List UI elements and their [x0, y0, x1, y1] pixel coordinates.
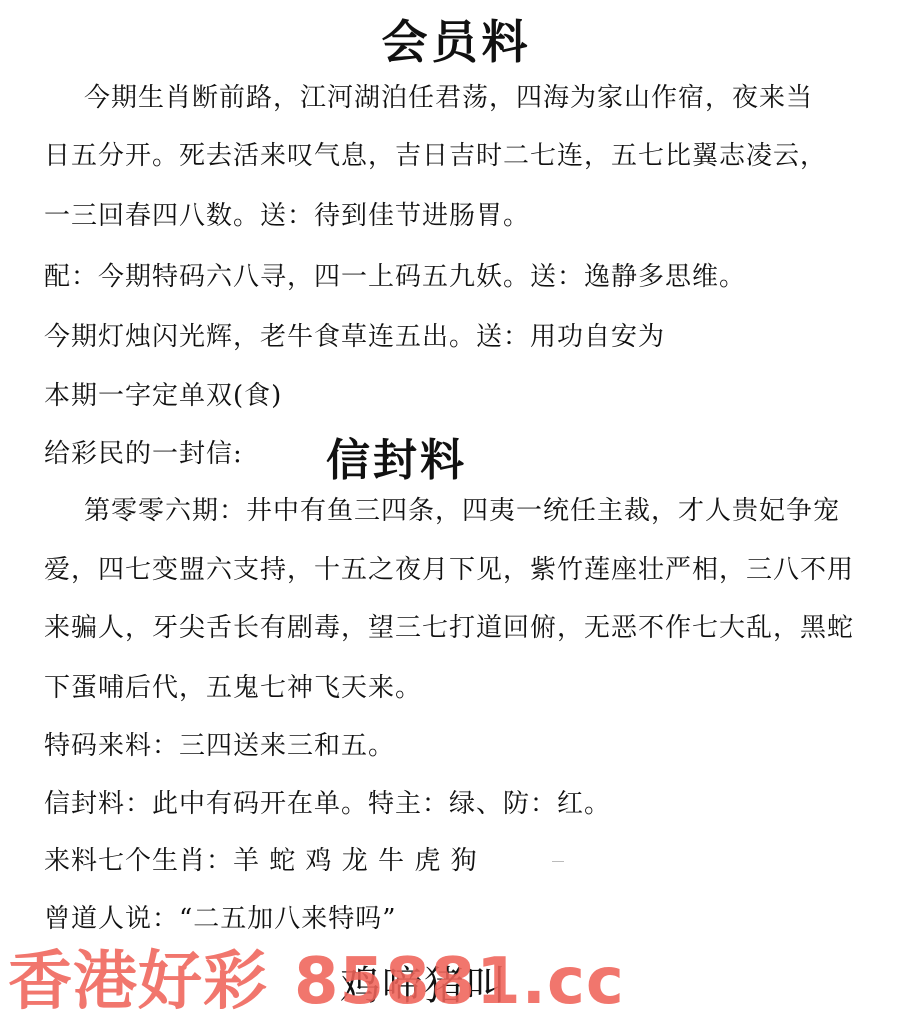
- special-code-line: 特码来料：三四送来三和五。: [44, 730, 395, 762]
- watermark-brand: 香港好彩: [8, 945, 268, 1019]
- dash-mark: [552, 861, 564, 862]
- paragraph-line: 配：今期特码六八寻，四一上码五九妖。送：逸静多思维。: [44, 261, 746, 293]
- watermark-site: 85881.cc: [294, 945, 625, 1019]
- paragraph-line: 今期生肖断前路，江河湖泊任君荡，四海为家山作宿，夜来当: [84, 82, 813, 114]
- watermark: 香港好彩85881.cc: [8, 940, 625, 1024]
- section-paragraph-line: 来骗人，牙尖舌长有剧毒，望三七打道回俯，无恶不作七大乱，黑蛇: [44, 612, 854, 644]
- envelope-line: 信封料：此中有码开在单。特主：绿、防：红。: [44, 788, 611, 820]
- paragraph-line: 一三回春四八数。送：待到佳节进肠胃。: [44, 200, 530, 232]
- letter-label: 给彩民的一封信:: [44, 438, 243, 470]
- zodiac-line: 来料七个生肖：羊 蛇 鸡 龙 牛 虎 狗: [44, 845, 478, 877]
- paragraph-line: 日五分开。死去活来叹气息，吉日吉时二七连，五七比翼志凌云，: [44, 140, 827, 172]
- section-paragraph-line: 第零零六期：井中有鱼三四条，四夷一统任主裁，才人贵妃争宠: [84, 495, 840, 527]
- document-title: 会员料: [0, 6, 903, 72]
- section-paragraph-line: 下蛋哺后代，五鬼七神飞天来。: [44, 672, 422, 704]
- paragraph-line: 本期一字定单双(食): [44, 380, 282, 412]
- section-title: 信封料: [326, 424, 467, 488]
- quote-line: 曾道人说：“二五加八来特吗”: [44, 903, 397, 935]
- section-paragraph-line: 爱，四七变盟六支持，十五之夜月下见，紫竹莲座壮严相，三八不用: [44, 554, 854, 586]
- document-page: 会员料 今期生肖断前路，江河湖泊任君荡，四海为家山作宿，夜来当 日五分开。死去活…: [0, 0, 903, 1024]
- paragraph-line: 今期灯烛闪光辉，老牛食草连五出。送：用功自安为: [44, 321, 665, 353]
